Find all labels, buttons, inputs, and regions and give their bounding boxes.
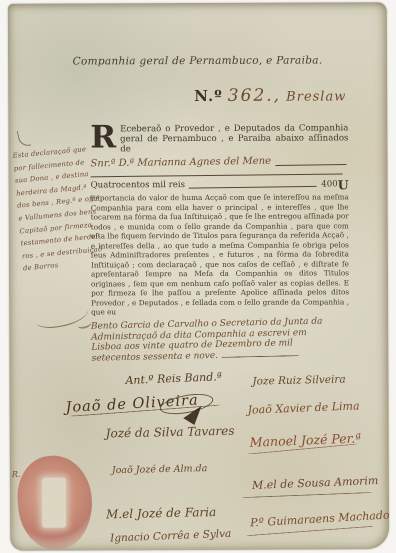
closing-rule	[222, 354, 300, 357]
opening-text: Eceberaõ o Provedor , e Deputados da Com…	[120, 123, 348, 154]
certificate-number: N.º 362., Breslaw	[194, 85, 346, 106]
recipient-line: Snr.ª D.ª Marianna Agnes del Mene	[90, 156, 348, 168]
signature: Jozé da Silva Tavares	[106, 424, 235, 441]
divider-rule	[91, 173, 343, 177]
amount-rule	[189, 186, 317, 189]
secretary-clause: Bento Garcia de Carvalho o Secretario da…	[91, 316, 350, 364]
wax-seal-center	[42, 478, 66, 528]
signature: Ant.º Reis Band.ª	[125, 370, 222, 387]
opening-paragraph: R Eceberaõ o Provedor , e Deputados da C…	[90, 123, 348, 154]
recipient-name: Snr.ª D.ª Marianna Agnes del Mene	[90, 156, 271, 170]
signature: Joze Ruiz Silveira	[252, 374, 345, 388]
signature: Manoel Jozé Per.ª	[249, 430, 361, 449]
certificate-number-value: 362.,	[228, 86, 281, 106]
signature: M.el Jozé de Faria	[106, 505, 216, 521]
recipient-rule	[275, 164, 346, 166]
flourish-icon	[17, 129, 31, 148]
body-paragraph: importancia do valor de huma Acçaõ com q…	[91, 192, 350, 317]
certificate-number-label: N.º	[194, 87, 223, 105]
signature-flourish	[242, 492, 372, 498]
amount-value: 400	[321, 179, 337, 189]
main-text-column: R Eceberaõ o Provedor , e Deputados da C…	[90, 123, 349, 361]
company-header: Companhia geral de Pernambuco, e Paraiba…	[8, 54, 387, 68]
signature: M.el de Sousa Amorim	[252, 474, 379, 492]
paper-sheet: Companhia geral de Pernambuco, e Paraiba…	[8, 2, 389, 551]
amount-line: Quatrocentos mil reis 400 U	[91, 179, 349, 190]
amount-unit: U	[338, 180, 349, 189]
margin-note: Esta declaraçaõ que por fallecimento de …	[12, 142, 111, 275]
signature: Joaõ Xavier de Lima	[247, 399, 359, 416]
signature: Joaõ Jozé de Alm.da	[112, 463, 208, 476]
signature: Ignacio Corrêa e Sylva	[110, 528, 232, 545]
wax-seal	[15, 453, 96, 552]
corner-mark: R.	[12, 470, 21, 479]
amount-words: Quatrocentos mil reis	[91, 180, 185, 190]
document-photo: { "document": { "header": "Companhia ger…	[0, 0, 396, 553]
certificate-number-annotation: Breslaw	[286, 89, 346, 104]
